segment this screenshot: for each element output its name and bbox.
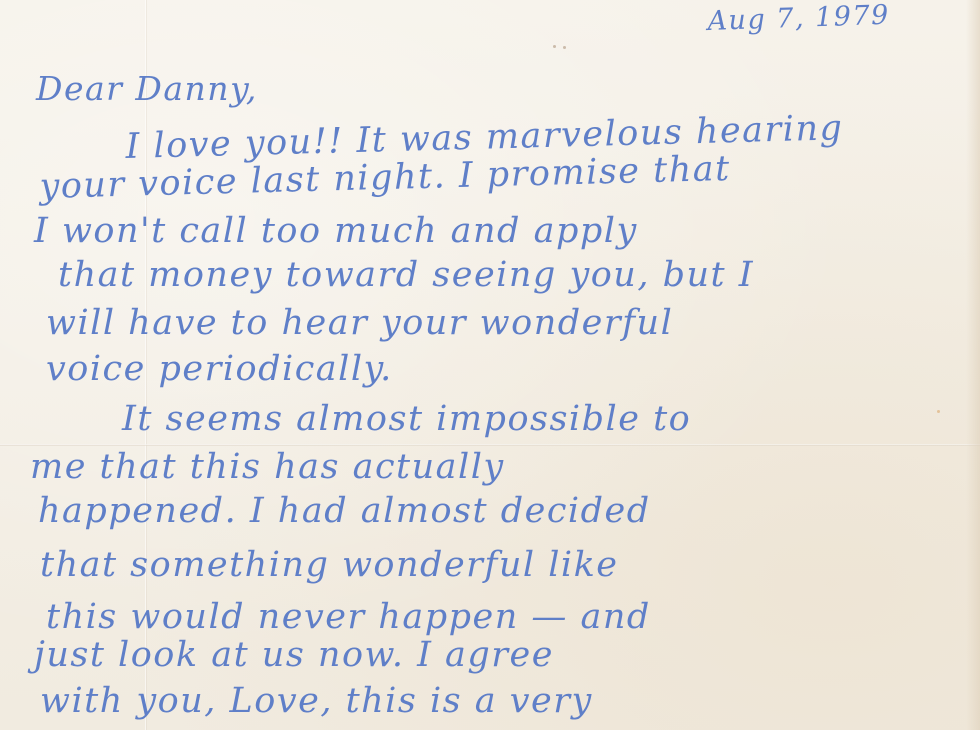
letter-line: happened. I had almost decided <box>38 494 651 529</box>
letter-line: me that this has actually <box>30 450 505 485</box>
letter-line: will have to hear your wonderful <box>46 306 673 341</box>
horizontal-fold-line <box>0 444 980 446</box>
letter-line: just look at us now. I agree <box>34 638 554 673</box>
letter-date: Aug 7, 1979 <box>707 2 890 35</box>
show-through-ink <box>420 60 940 90</box>
letter-page: Aug 7, 1979 Dear Danny, I love you!! It … <box>0 0 980 730</box>
letter-line: this would never happen — and <box>46 600 651 635</box>
paper-speck <box>563 46 566 49</box>
letter-line: with you, Love, this is a very <box>40 684 593 719</box>
letter-line: I won't call too much and apply <box>34 214 638 249</box>
paper-edge-shadow <box>966 0 980 730</box>
letter-line: that something wonderful like <box>40 548 619 583</box>
letter-line: voice periodically. <box>46 352 393 387</box>
salutation: Dear Danny, <box>36 72 258 105</box>
letter-line: It seems almost impossible to <box>122 402 691 437</box>
paper-speck <box>553 45 556 48</box>
paper-speck <box>937 410 940 413</box>
letter-line: that money toward seeing you, but I <box>58 258 754 293</box>
